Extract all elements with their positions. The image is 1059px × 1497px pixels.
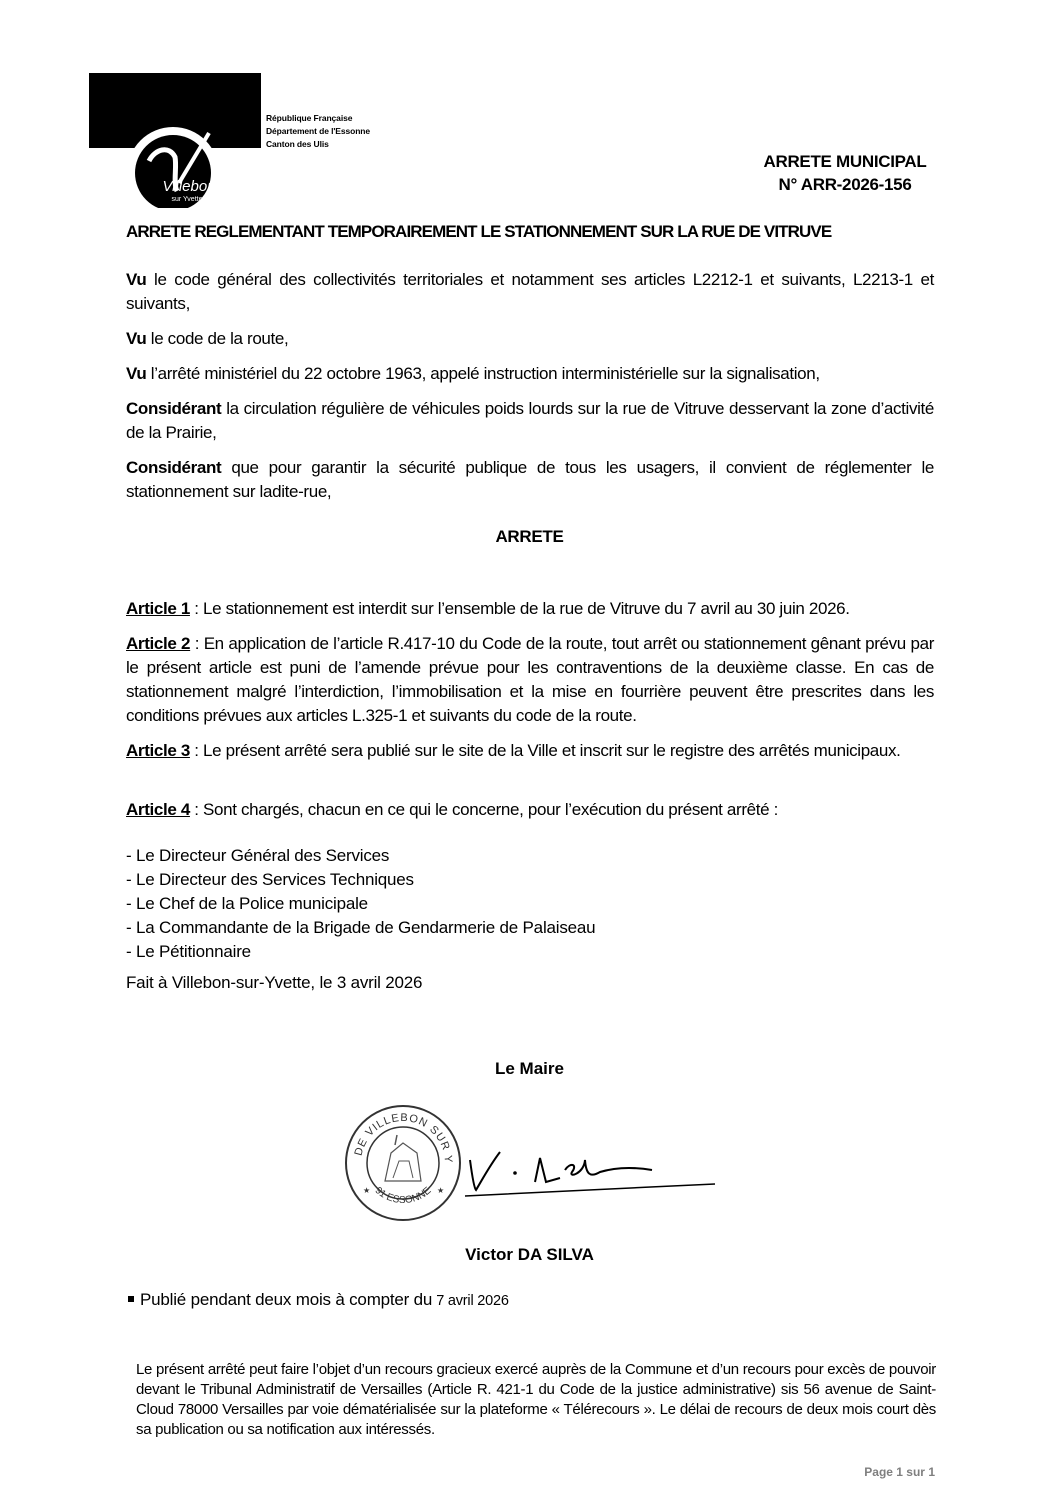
visa-paragraph: Vu le code de la route, xyxy=(126,327,934,351)
svg-text:★: ★ xyxy=(437,1186,444,1195)
considerant-paragraph: Considérant que pour garantir la sécurit… xyxy=(126,456,934,504)
considerant-lead: Considérant xyxy=(126,458,221,477)
article-4: Article 4 : Sont chargés, chacun en ce q… xyxy=(126,798,934,822)
svg-text:Villebon: Villebon xyxy=(162,178,215,195)
article-label: Article 4 xyxy=(126,800,190,819)
publication-notice: Publié pendant deux mois à compter du7 a… xyxy=(128,1290,509,1310)
admin-line: République Française xyxy=(266,112,370,125)
visa-lead: Vu xyxy=(126,364,146,383)
article-2: Article 2 : En application de l’article … xyxy=(126,632,934,728)
article-label: Article 1 xyxy=(126,599,190,618)
town-seal-icon: MAIRIE DE VILLEBON SUR YVETTE 91 ESSONNE… xyxy=(343,1103,463,1223)
article-label: Article 3 xyxy=(126,741,190,760)
signatory-name: Victor DA SILVA xyxy=(0,1245,1059,1265)
svg-text:sur Yvette: sur Yvette xyxy=(171,196,202,203)
visa-paragraph: Vu l’arrêté ministériel du 22 octobre 19… xyxy=(126,362,934,386)
considerant-paragraph: Considérant la circulation régulière de … xyxy=(126,397,934,445)
arrete-type: ARRETE MUNICIPAL xyxy=(740,150,950,173)
recipient-item: Le Directeur des Services Techniques xyxy=(126,868,595,892)
publication-date: 7 avril 2026 xyxy=(436,1293,509,1309)
visa-paragraph: Vu le code général des collectivités ter… xyxy=(126,268,934,316)
publication-label: Publié pendant deux mois à compter du xyxy=(140,1290,432,1309)
arrete-number: N° ARR-2026-156 xyxy=(740,173,950,196)
arrete-heading: ARRETE xyxy=(0,527,1059,547)
arrete-header: ARRETE MUNICIPAL N° ARR-2026-156 xyxy=(740,150,950,196)
appeal-notice: Le présent arrêté peut faire l’objet d’u… xyxy=(136,1360,936,1440)
page-number: Page 1 sur 1 xyxy=(864,1465,935,1479)
visa-lead: Vu xyxy=(126,329,146,348)
recipient-item: La Commandante de la Brigade de Gendarme… xyxy=(126,916,595,940)
article-1: Article 1 : Le stationnement est interdi… xyxy=(126,597,934,621)
svg-text:91 ESSONNE: 91 ESSONNE xyxy=(373,1185,434,1206)
villebon-logo-icon: Villebon sur Yvette xyxy=(89,73,261,208)
recipients-list: Le Directeur Général des Services Le Dir… xyxy=(126,844,595,964)
visa-lead: Vu xyxy=(126,270,146,289)
admin-line: Canton des Ulis xyxy=(266,138,370,151)
administrative-header: République Française Département de l'Es… xyxy=(266,112,370,151)
mayor-signature-icon xyxy=(460,1130,720,1200)
recipient-item: Le Chef de la Police municipale xyxy=(126,892,595,916)
signatory-title: Le Maire xyxy=(0,1059,1059,1079)
recipient-item: Le Pétitionnaire xyxy=(126,940,595,964)
document-title: ARRETE REGLEMENTANT TEMPORAIREMENT LE ST… xyxy=(126,222,831,242)
place-date: Fait à Villebon-sur-Yvette, le 3 avril 2… xyxy=(126,973,422,993)
admin-line: Département de l'Essonne xyxy=(266,125,370,138)
considerant-lead: Considérant xyxy=(126,399,221,418)
bullet-icon xyxy=(128,1296,134,1302)
recipient-item: Le Directeur Général des Services xyxy=(126,844,595,868)
svg-text:★: ★ xyxy=(363,1186,370,1195)
article-label: Article 2 xyxy=(126,634,190,653)
article-3: Article 3 : Le présent arrêté sera publi… xyxy=(126,739,934,763)
